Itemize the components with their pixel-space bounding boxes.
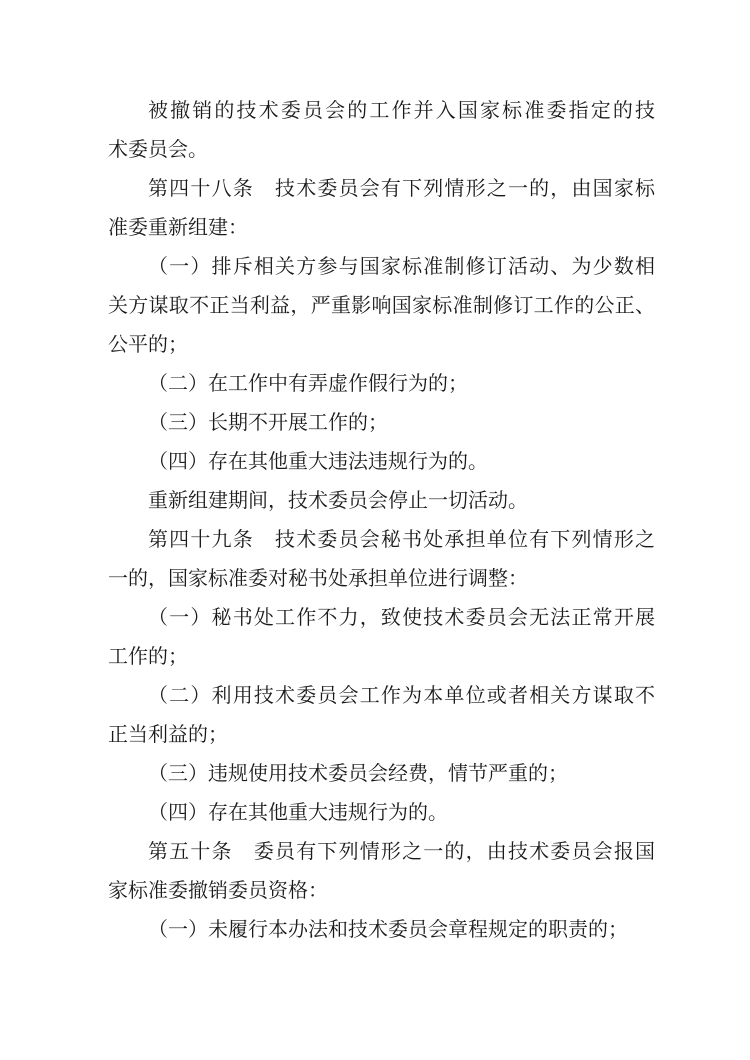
document-page: 被撤销的技术委员会的工作并入国家标准委指定的技术委员会。第四十八条 技术委员会有…: [0, 0, 750, 1060]
text-line: 重新组建期间，技术委员会停止一切活动。: [108, 482, 655, 521]
text-line: 工作的；: [108, 638, 655, 677]
text-line: （四）存在其他重大违法违规行为的。: [108, 443, 655, 482]
text-line: （四）存在其他重大违规行为的。: [108, 794, 655, 833]
text-line: 第五十条 委员有下列情形之一的，由技术委员会报国: [108, 833, 655, 872]
text-line: 关方谋取不正当利益，严重影响国家标准制修订工作的公正、: [108, 287, 655, 326]
text-line: （三）违规使用技术委员会经费，情节严重的；: [108, 755, 655, 794]
document-body: 被撤销的技术委员会的工作并入国家标准委指定的技术委员会。第四十八条 技术委员会有…: [108, 92, 655, 950]
text-line: （一）未履行本办法和技术委员会章程规定的职责的；: [108, 911, 655, 950]
text-line: （一）排斥相关方参与国家标准制修订活动、为少数相: [108, 248, 655, 287]
text-line: 术委员会。: [108, 131, 655, 170]
text-line: 公平的；: [108, 326, 655, 365]
text-line: 正当利益的；: [108, 716, 655, 755]
text-line: （三）长期不开展工作的；: [108, 404, 655, 443]
text-line: （一）秘书处工作不力，致使技术委员会无法正常开展: [108, 599, 655, 638]
text-line: （二）在工作中有弄虚作假行为的；: [108, 365, 655, 404]
text-line: 第四十九条 技术委员会秘书处承担单位有下列情形之: [108, 521, 655, 560]
text-line: 家标准委撤销委员资格：: [108, 872, 655, 911]
text-line: 第四十八条 技术委员会有下列情形之一的，由国家标: [108, 170, 655, 209]
text-line: 被撤销的技术委员会的工作并入国家标准委指定的技: [108, 92, 655, 131]
text-line: （二）利用技术委员会工作为本单位或者相关方谋取不: [108, 677, 655, 716]
text-line: 一的，国家标准委对秘书处承担单位进行调整：: [108, 560, 655, 599]
text-line: 准委重新组建：: [108, 209, 655, 248]
